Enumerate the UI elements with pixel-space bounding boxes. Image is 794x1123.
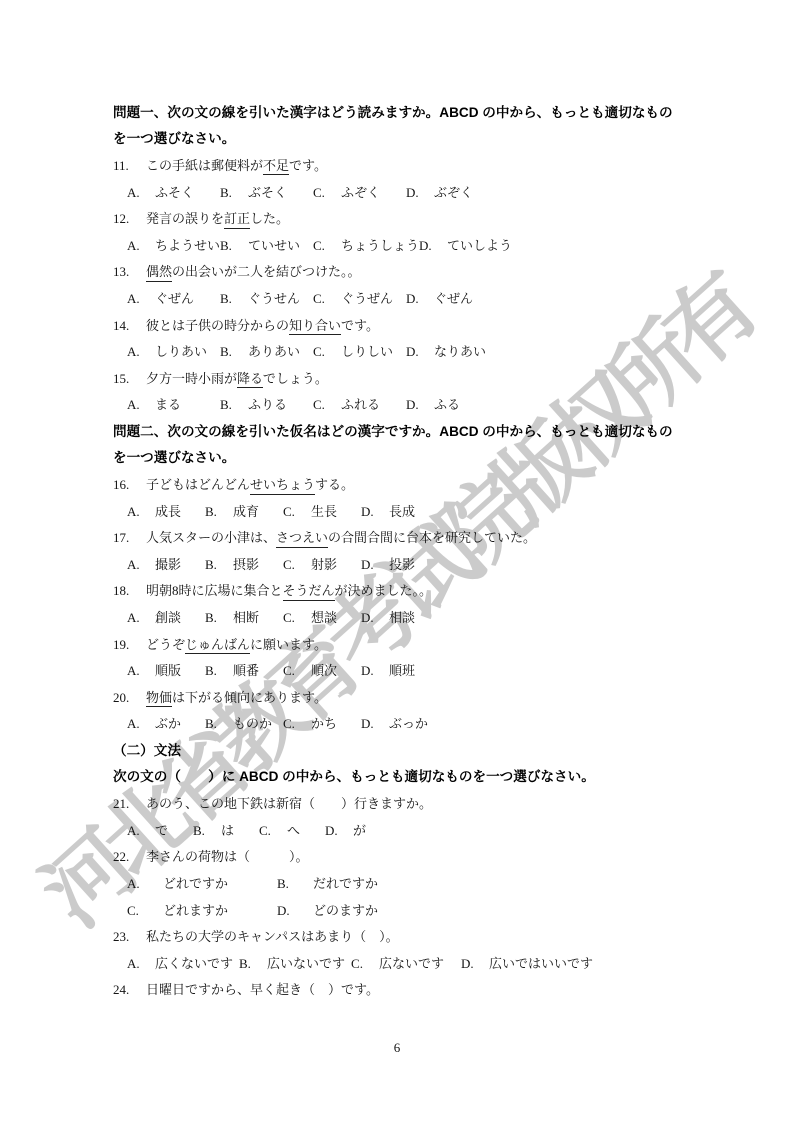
question-number: 12. [113,212,146,225]
question-number: 20. [113,691,146,704]
option-letter: B. [277,877,296,890]
options-row: A.創談B.相断C.想談D.相談 [113,604,750,631]
option-letter: D. [361,717,380,730]
option-letter: C. [313,239,332,252]
options-row: C.どれますかD.どのますか [113,897,750,924]
option-item: D.ぶっか [361,717,439,730]
option-item: C.どれますか [127,904,277,917]
option-letter: A. [127,664,146,677]
option-item: D.投影 [361,558,439,571]
text-segment: した。 [250,211,289,226]
option-text: ていせい [248,239,300,252]
option-letter: D. [419,239,438,252]
option-letter: A. [127,186,146,199]
option-item: B.だれですか [277,877,427,890]
option-letter: A. [127,877,146,890]
text-segment: あのう、この地下鉄は新宿（ ）行きますか。 [146,796,432,811]
text-segment: 人気スターの小津は、 [146,530,276,545]
option-letter: A. [127,957,146,970]
option-item: D.順班 [361,664,439,677]
option-item: C.ちょうしょう [313,239,419,252]
option-letter: C. [283,611,302,624]
option-letter: A. [127,398,146,411]
question-number: 16. [113,478,146,491]
option-text: ぐぜん [434,292,473,305]
underlined-text: さつえい [276,530,328,548]
section-heading: を一つ選びなさい。 [113,445,750,472]
option-item: C.へ [259,824,325,837]
option-text: ふぞく [341,186,380,199]
question-text: 夕方一時小雨が降るでしょう。 [146,372,328,385]
text-segment: でしょう。 [263,371,328,386]
options-row: A.まるB.ふりるC.ふれるD.ふる [113,392,750,419]
option-text: ふりる [248,398,287,411]
option-text: ありあい [248,345,300,358]
option-letter: A. [127,824,146,837]
option-text: ぐうせん [248,292,300,305]
question-text: あのう、この地下鉄は新宿（ ）行きますか。 [146,797,432,810]
option-text: 相談 [389,611,415,624]
option-letter: B. [205,664,224,677]
option-text: 順次 [311,664,337,677]
question-text: 偶然の出会いが二人を結びつけた。。 [146,265,361,278]
question-line: 23.私たちの大学のキャンパスはあまり（ ）。 [113,923,750,950]
option-item: D.ていしよう [419,239,512,252]
text-segment: どうぞ [146,637,185,652]
text-segment: 子どもはどんどん [146,477,250,492]
text-segment: 夕方一時小雨が [146,371,237,386]
text-segment: が決めました。。 [335,583,433,598]
option-text: 順版 [155,664,181,677]
option-item: A.ふそく [127,186,220,199]
option-letter: D. [361,664,380,677]
option-item: D.が [325,824,391,837]
option-text: しりあい [155,345,207,358]
underlined-text: 訂正 [224,211,250,229]
question-number: 19. [113,638,146,651]
option-item: C.生長 [283,505,361,518]
option-text: 広いないです [267,957,345,970]
question-number: 15. [113,372,146,385]
section-heading: を一つ選びなさい。 [113,126,750,153]
option-item: B.ものか [205,717,283,730]
option-letter: A. [127,292,146,305]
option-letter: D. [361,505,380,518]
option-text: 射影 [311,558,337,571]
option-item: B.順番 [205,664,283,677]
option-text: どのますか [313,904,378,917]
option-text: 長成 [389,505,415,518]
question-line: 19.どうぞじゅんばんに願います。 [113,631,750,658]
option-item: B.ぐうせん [220,292,313,305]
option-item: C.順次 [283,664,361,677]
option-item: A.ぐぜん [127,292,220,305]
option-item: A.どれですか [127,877,277,890]
option-item: D.ぐぜん [406,292,499,305]
option-letter: C. [313,186,332,199]
text-segment: 彼とは子供の時分からの [146,318,289,333]
option-text: 摂影 [233,558,259,571]
option-item: C.広ないです [351,957,455,970]
options-row: A.でB.はC.へD.が [113,817,750,844]
question-text: 人気スターの小津は、さつえいの合間合間に台本を研究していた。 [146,531,536,544]
text-segment: です。 [289,158,327,173]
option-item: C.しりしい [313,345,406,358]
section-heading: 問題一、次の文の線を引いた漢字はどう読みますか。ABCD の中から、もっとも適切… [113,99,750,126]
option-item: B.摂影 [205,558,283,571]
question-text: 子どもはどんどんせいちょうする。 [146,478,354,491]
options-row: A.ふそくB.ぶそくC.ふぞくD.ぶぞく [113,179,750,206]
option-text: どれですか [163,877,228,890]
option-text: 広ないです [379,957,444,970]
option-letter: D. [461,957,480,970]
options-row: A.ぐぜんB.ぐうせんC.ぐうぜんD.ぐぜん [113,285,750,312]
option-item: B.ありあい [220,345,313,358]
underlined-text: そうだん [283,583,335,601]
option-letter: B. [220,398,239,411]
option-item: C.かち [283,717,361,730]
option-item: D.相談 [361,611,439,624]
text-segment: 李さんの荷物は（ ）。 [146,849,309,864]
option-text: 投影 [389,558,415,571]
option-text: 撮影 [155,558,181,571]
question-line: 17.人気スターの小津は、さつえいの合間合間に台本を研究していた。 [113,525,750,552]
option-text: ぶぞく [434,186,473,199]
option-text: なりあい [434,345,486,358]
option-text: ふる [434,398,460,411]
options-row: A.撮影B.摂影C.射影D.投影 [113,551,750,578]
option-letter: A. [127,239,146,252]
option-item: A.で [127,824,193,837]
question-line: 13.偶然の出会いが二人を結びつけた。。 [113,259,750,286]
option-text: 相断 [233,611,259,624]
text-segment: 日曜日ですから、早く起き（ ）です。 [146,982,379,997]
question-text: 発言の誤りを訂正した。 [146,212,289,225]
option-text: だれですか [313,877,378,890]
option-letter: A. [127,505,146,518]
option-item: A.ぶか [127,717,205,730]
option-item: A.創談 [127,611,205,624]
option-text: ぐうぜん [341,292,393,305]
question-line: 18.明朝8時に広場に集合とそうだんが決めました。。 [113,578,750,605]
question-text: 李さんの荷物は（ ）。 [146,850,309,863]
option-letter: D. [361,611,380,624]
option-letter: A. [127,717,146,730]
option-item: D.どのますか [277,904,427,917]
question-text: 私たちの大学のキャンパスはあまり（ ）。 [146,930,399,943]
text-segment: 明朝8時に広場に集合と [146,583,283,598]
option-letter: B. [220,186,239,199]
option-item: D.広いではいいです [461,957,593,970]
option-letter: A. [127,558,146,571]
option-item: A.撮影 [127,558,205,571]
option-letter: B. [193,824,212,837]
option-item: C.想談 [283,611,361,624]
text-segment: の合間合間に台本を研究していた。 [328,530,536,545]
question-line: 15.夕方一時小雨が降るでしょう。 [113,365,750,392]
question-number: 17. [113,531,146,544]
option-item: D.長成 [361,505,439,518]
option-letter: A. [127,345,146,358]
options-row: A.どれですかB.だれですか [113,870,750,897]
question-number: 13. [113,265,146,278]
options-row: A.しりあいB.ありあいC.しりしいD.なりあい [113,338,750,365]
question-text: 物価は下がる傾向にあります。 [146,691,327,704]
option-text: が [353,824,366,837]
section-heading: （二）文法 [113,737,750,764]
option-letter: D. [406,398,425,411]
option-letter: C. [351,957,370,970]
option-letter: D. [406,292,425,305]
question-number: 18. [113,584,146,597]
underlined-text: せいちょう [250,477,315,495]
page-number: 6 [0,1040,794,1056]
option-letter: D. [361,558,380,571]
question-text: どうぞじゅんばんに願います。 [146,638,327,651]
question-line: 20.物価は下がる傾向にあります。 [113,684,750,711]
option-text: へ [287,824,300,837]
section-heading: 次の文の（ ）に ABCD の中から、もっとも適切なものを一つ選びなさい。 [113,764,750,791]
option-letter: B. [220,239,239,252]
option-letter: C. [283,505,302,518]
option-item: A.まる [127,398,220,411]
option-letter: B. [239,957,258,970]
option-letter: D. [406,186,425,199]
option-letter: A. [127,611,146,624]
text-segment: 私たちの大学のキャンパスはあまり（ ）。 [146,929,399,944]
question-line: 22.李さんの荷物は（ ）。 [113,844,750,871]
question-number: 14. [113,319,146,332]
option-text: ていしよう [447,239,512,252]
option-text: ふれる [341,398,380,411]
option-item: B.相断 [205,611,283,624]
option-text: 広くないです [155,957,233,970]
option-text: ぶっか [389,717,428,730]
option-item: A.順版 [127,664,205,677]
option-letter: B. [220,292,239,305]
option-text: まる [155,398,181,411]
underlined-text: 偶然 [146,264,172,282]
option-text: 創談 [155,611,181,624]
option-item: C.ふぞく [313,186,406,199]
option-item: B.ふりる [220,398,313,411]
question-text: 明朝8時に広場に集合とそうだんが決めました。。 [146,584,432,597]
option-item: B.ていせい [220,239,313,252]
underlined-text: じゅんばん [185,637,250,655]
option-text: 成長 [155,505,181,518]
option-text: 順番 [233,664,259,677]
text-segment: する。 [315,477,354,492]
question-line: 16.子どもはどんどんせいちょうする。 [113,471,750,498]
options-row: A.順版B.順番C.順次D.順班 [113,657,750,684]
option-item: A.広くないです [127,957,233,970]
option-letter: C. [259,824,278,837]
option-item: A.成長 [127,505,205,518]
question-line: 12.発言の誤りを訂正した。 [113,205,750,232]
option-item: D.ふる [406,398,499,411]
text-segment: に願います。 [250,637,327,652]
option-letter: C. [283,717,302,730]
option-item: A.ちようせい [127,239,220,252]
option-text: しりしい [341,345,393,358]
option-item: C.射影 [283,558,361,571]
question-line: 11.この手紙は郵便料が不足です。 [113,152,750,179]
option-text: で [155,824,168,837]
option-text: ぐぜん [155,292,194,305]
option-letter: C. [313,345,332,358]
option-item: B.成育 [205,505,283,518]
text-segment: です。 [341,318,379,333]
question-number: 22. [113,850,146,863]
option-text: 成育 [233,505,259,518]
option-text: ぶか [155,717,181,730]
option-letter: D. [325,824,344,837]
underlined-text: 降る [237,371,263,389]
option-item: C.ふれる [313,398,406,411]
option-text: ふそく [155,186,194,199]
option-text: ものか [233,717,272,730]
option-item: B.は [193,824,259,837]
document-page: 河北省教育考试院版权所有 問題一、次の文の線を引いた漢字はどう読みますか。ABC… [0,0,794,1123]
question-text: この手紙は郵便料が不足です。 [146,159,327,172]
option-text: ちょうしょう [341,239,419,252]
question-number: 21. [113,797,146,810]
option-item: D.ぶぞく [406,186,499,199]
option-item: B.ぶそく [220,186,313,199]
options-row: A.ぶかB.ものかC.かちD.ぶっか [113,711,750,738]
option-item: C.ぐうぜん [313,292,406,305]
option-item: D.なりあい [406,345,499,358]
options-row: A.広くないですB.広いないですC.広ないですD.広いではいいです [113,950,750,977]
text-segment: 発言の誤りを [146,211,224,226]
underlined-text: 知り合い [289,318,341,336]
option-letter: B. [205,558,224,571]
option-text: 順班 [389,664,415,677]
option-letter: C. [127,904,146,917]
option-letter: C. [283,664,302,677]
question-number: 24. [113,983,146,996]
question-line: 24.日曜日ですから、早く起き（ ）です。 [113,977,750,1004]
option-item: A.しりあい [127,345,220,358]
option-text: 想談 [311,611,337,624]
option-text: 生長 [311,505,337,518]
question-text: 彼とは子供の時分からの知り合いです。 [146,319,379,332]
text-segment: の出会いが二人を結びつけた。。 [172,264,361,279]
option-text: ちようせい [155,239,220,252]
option-text: どれますか [163,904,228,917]
option-letter: C. [313,398,332,411]
option-letter: B. [205,611,224,624]
option-letter: D. [277,904,296,917]
question-number: 23. [113,930,146,943]
option-text: は [221,824,234,837]
question-text: 日曜日ですから、早く起き（ ）です。 [146,983,379,996]
option-letter: C. [313,292,332,305]
option-item: B.広いないです [239,957,345,970]
option-letter: C. [283,558,302,571]
option-letter: B. [205,717,224,730]
option-text: かち [311,717,337,730]
options-row: A.成長B.成育C.生長D.長成 [113,498,750,525]
text-segment: は下がる傾向にあります。 [172,690,327,705]
exam-content: 問題一、次の文の線を引いた漢字はどう読みますか。ABCD の中から、もっとも適切… [113,99,750,1003]
underlined-text: 物価 [146,690,172,708]
option-text: 広いではいいです [489,957,593,970]
options-row: A.ちようせいB.ていせいC.ちょうしょうD.ていしよう [113,232,750,259]
text-segment: この手紙は郵便料が [146,158,263,173]
underlined-text: 不足 [263,158,289,176]
option-letter: D. [406,345,425,358]
option-text: ぶそく [248,186,287,199]
question-line: 14.彼とは子供の時分からの知り合いです。 [113,312,750,339]
question-line: 21.あのう、この地下鉄は新宿（ ）行きますか。 [113,790,750,817]
question-number: 11. [113,159,146,172]
option-letter: B. [205,505,224,518]
option-letter: B. [220,345,239,358]
section-heading: 問題二、次の文の線を引いた仮名はどの漢字ですか。ABCD の中から、もっとも適切… [113,418,750,445]
